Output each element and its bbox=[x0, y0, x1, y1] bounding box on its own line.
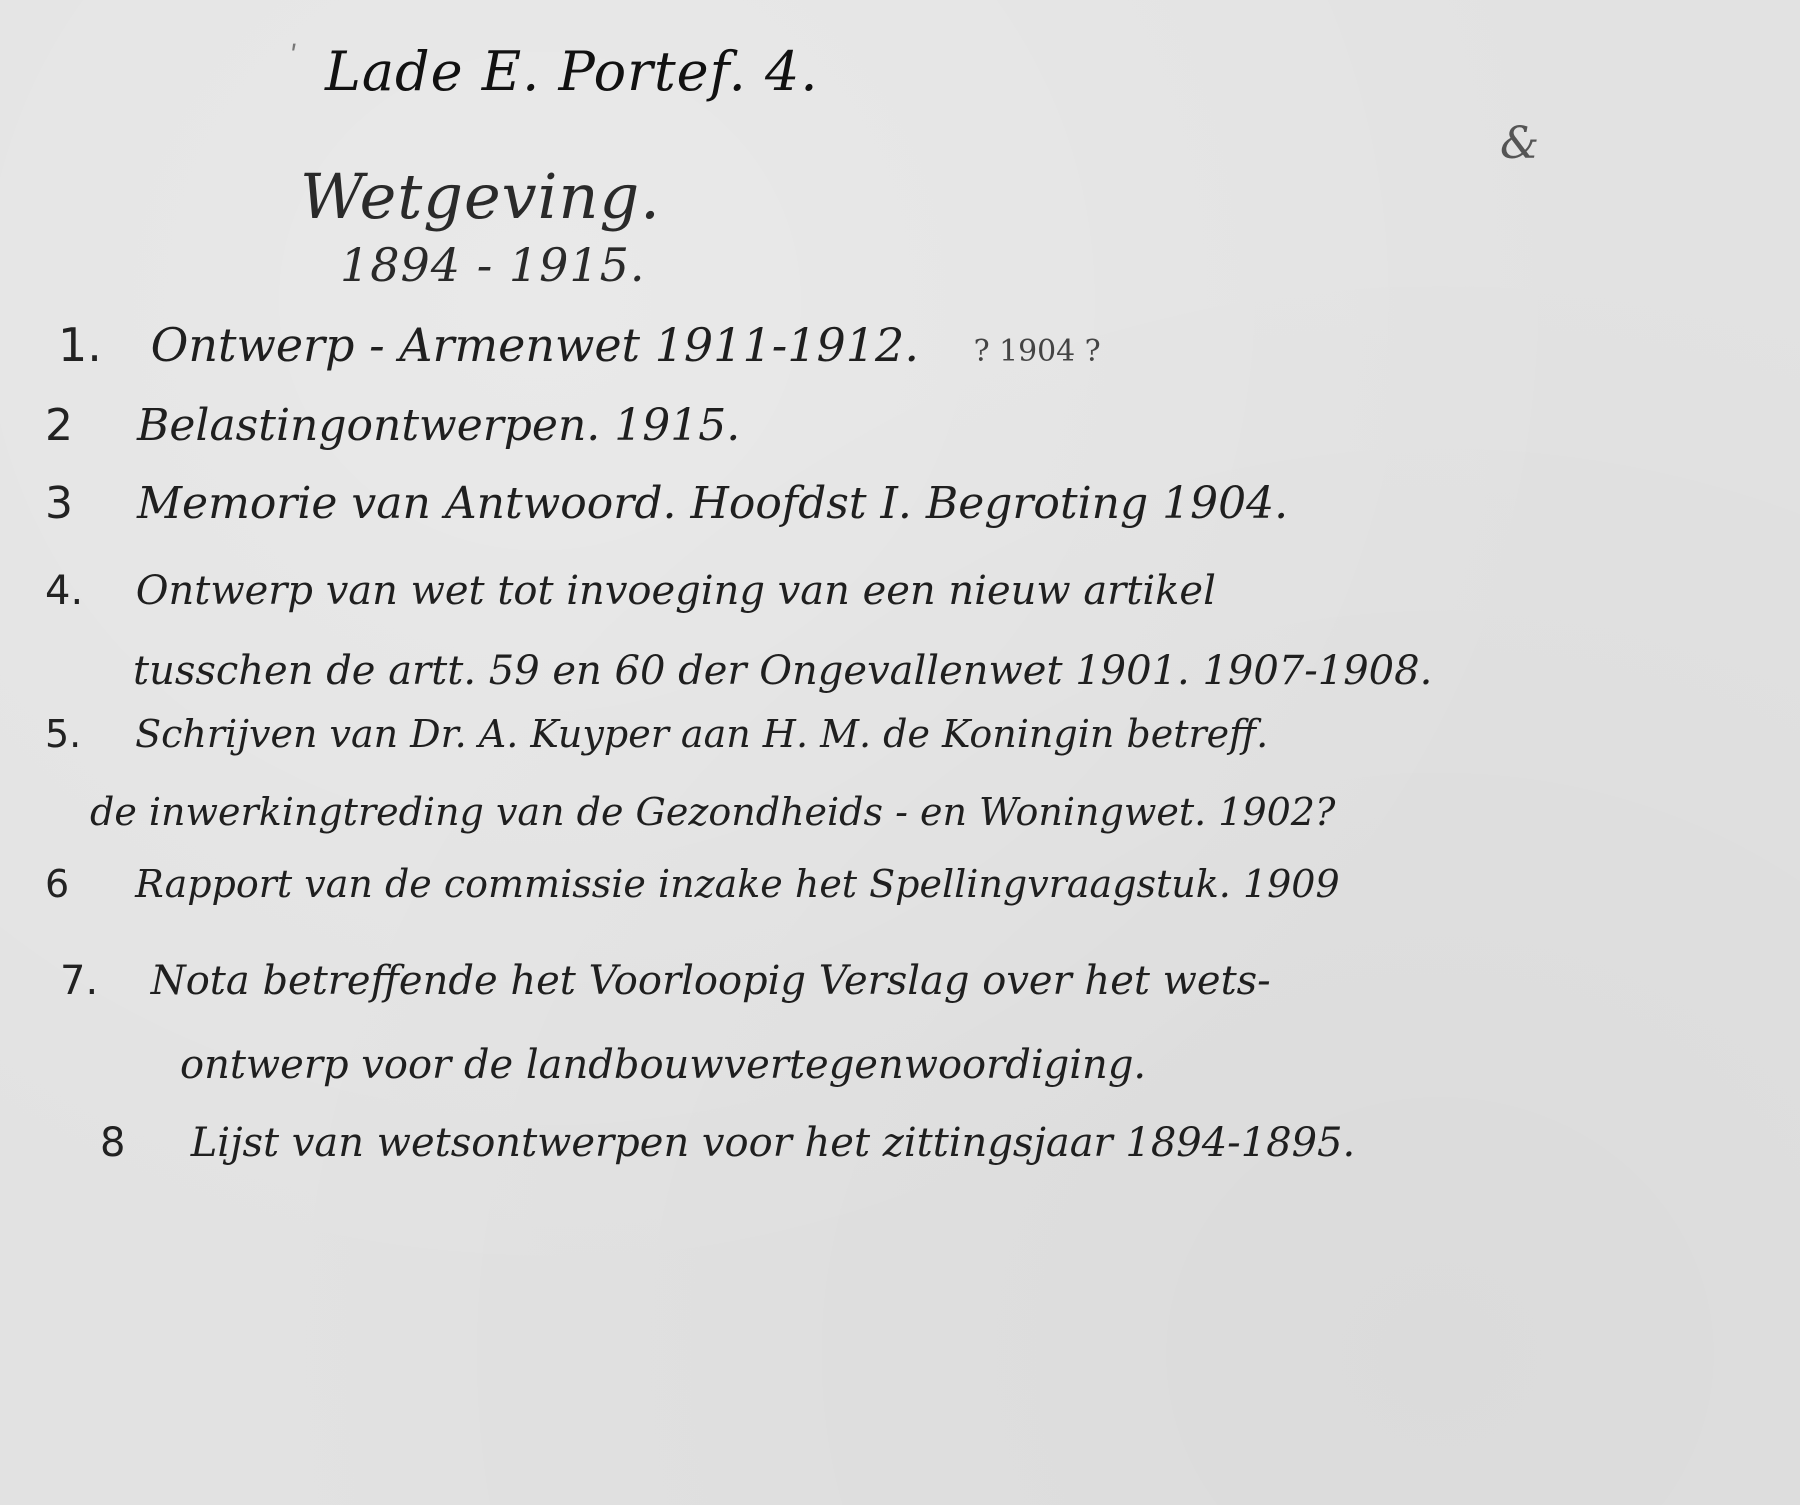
item-number: 5. bbox=[45, 712, 123, 756]
item-number: 7. bbox=[60, 958, 138, 1004]
inventory-item-7-continuation: ontwerp voor de landbouwvertegenwoordigi… bbox=[180, 1042, 1146, 1088]
item-text: Lijst van wetsontwerpen voor het zitting… bbox=[191, 1120, 1356, 1166]
item-text: Memorie van Antwoord. Hoofdst I. Begroti… bbox=[137, 478, 1288, 529]
item-number: 8 bbox=[100, 1120, 178, 1166]
inventory-item-5-continuation: de inwerkingtreding van de Gezondheids -… bbox=[90, 790, 1335, 834]
item-number: 1. bbox=[58, 318, 136, 372]
inventory-item-4-continuation: tusschen de artt. 59 en 60 der Ongevalle… bbox=[133, 648, 1432, 694]
item-pencil-note: ? 1904 ? bbox=[974, 334, 1101, 369]
inventory-item-8: 8 Lijst van wetsontwerpen voor het zitti… bbox=[100, 1120, 1355, 1166]
inventory-item-1: 1. Ontwerp - Armenwet 1911-1912. ? 1904 … bbox=[58, 318, 1101, 372]
question-annotation: ? bbox=[1315, 790, 1335, 834]
inventory-item-2: 2 Belastingontwerpen. 1915. bbox=[45, 400, 740, 451]
item-number: 2 bbox=[45, 400, 123, 451]
item-number: 6 bbox=[45, 862, 123, 906]
corner-mark: & bbox=[1500, 118, 1540, 169]
pencil-tick-mark: ʹ bbox=[290, 40, 299, 73]
document-title: Wetgeving. bbox=[300, 160, 661, 233]
date-range: 1894 - 1915. bbox=[340, 238, 646, 292]
item-text: Ontwerp - Armenwet 1911-1912. bbox=[151, 318, 919, 372]
storage-location: Lade E. Portef. 4. bbox=[325, 40, 819, 103]
item-text: Nota betreffende het Voorloopig Verslag … bbox=[151, 958, 1271, 1004]
inventory-item-4: 4. Ontwerp van wet tot invoeging van een… bbox=[45, 568, 1216, 614]
item-text: Rapport van de commissie inzake het Spel… bbox=[135, 862, 1340, 906]
inventory-item-5: 5. Schrijven van Dr. A. Kuyper aan H. M.… bbox=[45, 712, 1268, 756]
item-number: 3 bbox=[45, 478, 123, 529]
item-number: 4. bbox=[45, 568, 123, 614]
item-text: Schrijven van Dr. A. Kuyper aan H. M. de… bbox=[135, 712, 1268, 756]
inventory-item-6: 6 Rapport van de commissie inzake het Sp… bbox=[45, 862, 1340, 906]
item-text: Belastingontwerpen. 1915. bbox=[137, 400, 740, 451]
continuation-text: de inwerkingtreding van de Gezondheids -… bbox=[90, 790, 1315, 834]
item-text: Ontwerp van wet tot invoeging van een ni… bbox=[136, 568, 1216, 614]
inventory-item-3: 3 Memorie van Antwoord. Hoofdst I. Begro… bbox=[45, 478, 1288, 529]
inventory-item-7: 7. Nota betreffende het Voorloopig Versl… bbox=[60, 958, 1271, 1004]
